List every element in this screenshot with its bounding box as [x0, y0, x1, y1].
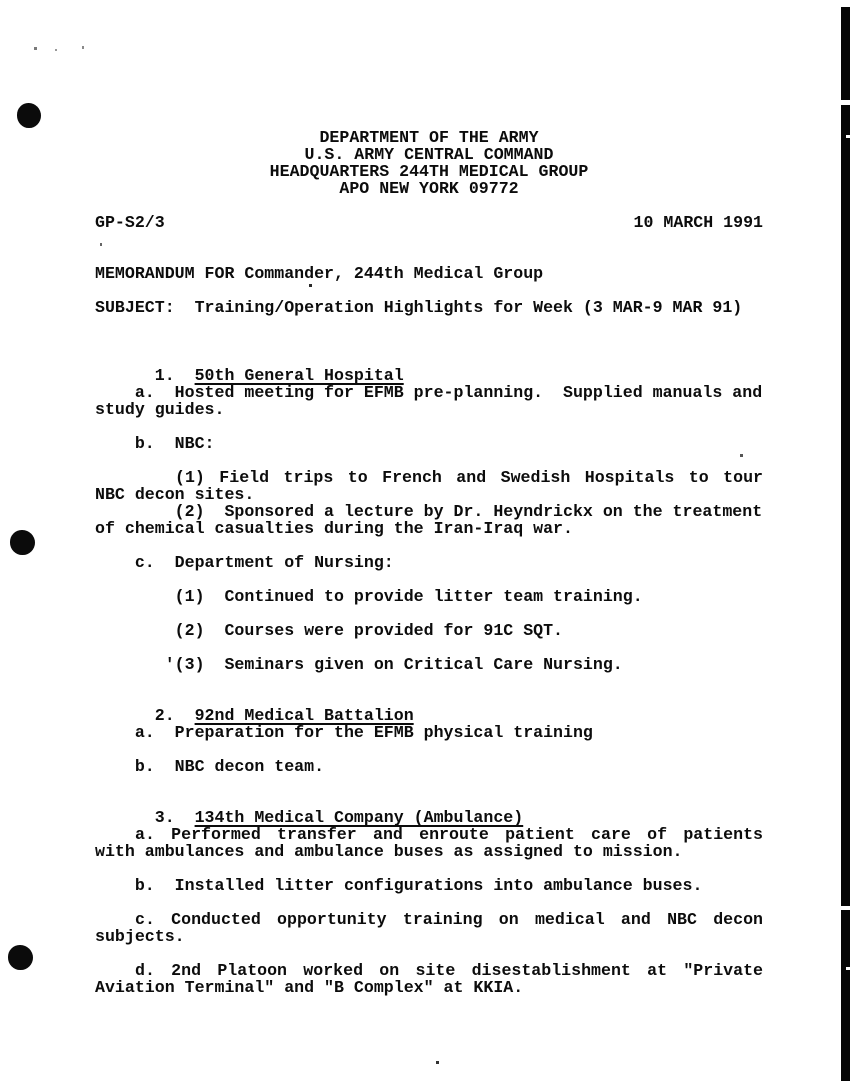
- para-3a-line-2: with ambulances and ambulance buses as a…: [95, 843, 763, 860]
- edge-strip-notch: [841, 906, 850, 910]
- office-symbol: GP-S2/3: [95, 214, 165, 231]
- para-1c2: (2) Courses were provided for 91C SQT.: [95, 622, 763, 639]
- scanner-edge-strip: [841, 7, 850, 1081]
- punch-hole-middle: [10, 530, 35, 555]
- para-2a: a. Preparation for the EFMB physical tra…: [95, 724, 763, 741]
- para-1b2-line-2: of chemical casualties during the Iran-I…: [95, 520, 763, 537]
- letterhead-line-1: DEPARTMENT OF THE ARMY: [95, 129, 763, 146]
- section-3-heading: 3. 134th Medical Company (Ambulance): [95, 792, 763, 809]
- date-line: 10 MARCH 1991: [634, 214, 763, 231]
- para-1b1-line-2: NBC decon sites.: [95, 486, 763, 503]
- reference-row: GP-S2/3 10 MARCH 1991: [95, 214, 763, 231]
- scan-speck: [34, 47, 37, 50]
- para-3c-line-2: subjects.: [95, 928, 763, 945]
- para-1b: b. NBC:: [95, 435, 763, 452]
- para-1c3: '(3) Seminars given on Critical Care Nur…: [95, 656, 763, 673]
- para-1b1-line-1: (1) Field trips to French and Swedish Ho…: [95, 469, 763, 486]
- scan-speck: [55, 49, 57, 51]
- edge-strip-notch: [846, 135, 850, 138]
- punch-hole-bottom: [8, 945, 33, 970]
- memo-page: DEPARTMENT OF THE ARMY U.S. ARMY CENTRAL…: [0, 0, 850, 1081]
- punch-hole-top: [17, 103, 41, 128]
- para-1a-line-2: study guides.: [95, 401, 763, 418]
- edge-strip-notch: [841, 100, 850, 105]
- para-3d-line-2: Aviation Terminal" and "B Complex" at KK…: [95, 979, 763, 996]
- letterhead-line-4: APO NEW YORK 09772: [95, 180, 763, 197]
- para-1b2-line-1: (2) Sponsored a lecture by Dr. Heyndrick…: [95, 503, 763, 520]
- para-1c: c. Department of Nursing:: [95, 554, 763, 571]
- memorandum-for-line: MEMORANDUM FOR Commander, 244th Medical …: [95, 265, 763, 282]
- section-1-heading: 1. 50th General Hospital: [95, 350, 763, 367]
- subject-line: SUBJECT: Training/Operation Highlights f…: [95, 299, 763, 316]
- para-2b: b. NBC decon team.: [95, 758, 763, 775]
- section-2-heading: 2. 92nd Medical Battalion: [95, 690, 763, 707]
- memo-content: DEPARTMENT OF THE ARMY U.S. ARMY CENTRAL…: [95, 129, 763, 996]
- para-3a-line-1: a. Performed transfer and enroute patien…: [95, 826, 763, 843]
- para-3d-line-1: d. 2nd Platoon worked on site disestabli…: [95, 962, 763, 979]
- para-1c1: (1) Continued to provide litter team tra…: [95, 588, 763, 605]
- edge-strip-notch: [846, 967, 850, 970]
- letterhead-line-3: HEADQUARTERS 244TH MEDICAL GROUP: [95, 163, 763, 180]
- para-3c-line-1: c. Conducted opportunity training on med…: [95, 911, 763, 928]
- para-3b: b. Installed litter configurations into …: [95, 877, 763, 894]
- letterhead-line-2: U.S. ARMY CENTRAL COMMAND: [95, 146, 763, 163]
- scan-speck: [82, 46, 84, 49]
- para-1a-line-1: a. Hosted meeting for EFMB pre-planning.…: [95, 384, 763, 401]
- scan-speck: [436, 1061, 439, 1064]
